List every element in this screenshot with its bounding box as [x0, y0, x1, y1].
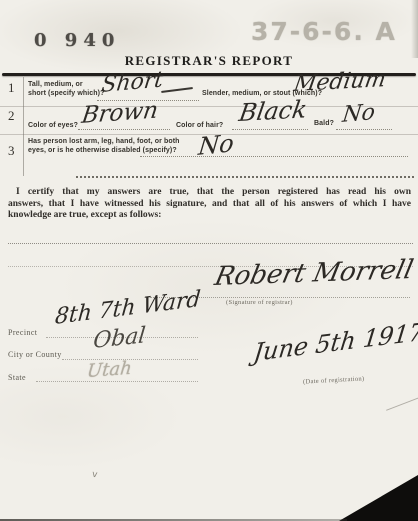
state-label: State: [8, 373, 26, 382]
scan-edge-smudge: [411, 0, 418, 58]
row-number: 2: [8, 108, 15, 124]
exceptions-blank-line: [8, 243, 413, 244]
hair-color-label: Color of hair?: [176, 122, 223, 131]
precinct-answer-handwriting: 8th 7th Ward: [54, 287, 202, 330]
disability-answer-handwriting: No: [197, 129, 235, 161]
answer-baseline: [78, 129, 170, 130]
registration-date-caption: (Date of registration): [303, 375, 365, 385]
section-dotted-rule: [76, 176, 414, 178]
certification-line: answers, that I have witnessed his signa…: [8, 199, 411, 211]
corner-fold: [339, 475, 418, 521]
height-answer-handwriting: Short: [100, 67, 165, 98]
number-column-divider: [23, 77, 24, 176]
eye-color-answer-handwriting: Brown: [80, 97, 160, 129]
registration-date-handwriting: June 5th 1917: [252, 317, 418, 367]
certification-line: I certify that my answers are true, that…: [8, 187, 411, 199]
eye-color-label: Color of eyes?: [28, 122, 78, 131]
state-baseline: [36, 381, 198, 382]
label-line: eyes, or is he otherwise disabled (speci…: [28, 147, 180, 156]
row-number: 1: [8, 80, 15, 96]
certification-line: knowledge are true, except as follows:: [8, 210, 411, 222]
answer-baseline: [140, 156, 408, 157]
serial-number-stamp: 0 940: [34, 30, 120, 51]
city-or-county-label: City or County: [8, 350, 62, 359]
registrar-report-card: 0 940 37-6-6. A REGISTRAR'S REPORT 1 Tal…: [0, 0, 418, 521]
signature-caption: (Signature of registrar): [226, 299, 293, 306]
registrar-signature-handwriting: Robert Morrell: [212, 255, 416, 292]
file-code-stamp: 37-6-6. A: [251, 17, 397, 46]
hair-color-answer-handwriting: Black: [237, 95, 309, 127]
bald-answer-handwriting: No: [341, 100, 376, 128]
precinct-label: Precinct: [8, 328, 37, 337]
answer-baseline: [232, 129, 308, 130]
disability-question-label: Has person lost arm, leg, hand, foot, or…: [28, 138, 180, 155]
row-number: 3: [8, 143, 15, 159]
bald-label: Bald?: [314, 120, 334, 129]
label-line: Tall, medium, or: [28, 81, 105, 90]
height-question-label: Tall, medium, or short (specify which)?: [28, 81, 105, 98]
check-mark: v: [91, 470, 98, 481]
label-line: short (specify which)?: [28, 90, 105, 99]
page-title: REGISTRAR'S REPORT: [0, 53, 418, 69]
answer-baseline: [336, 129, 392, 130]
fold-crease-line: [386, 396, 418, 411]
certification-paragraph: I certify that my answers are true, that…: [8, 187, 411, 222]
pen-stroke: [161, 87, 193, 92]
build-answer-handwriting: Medium: [292, 67, 388, 97]
label-line: Has person lost arm, leg, hand, foot, or…: [28, 138, 180, 147]
city-answer-handwriting: Obal: [92, 323, 147, 354]
state-answer-handwriting: Utah: [86, 358, 133, 382]
